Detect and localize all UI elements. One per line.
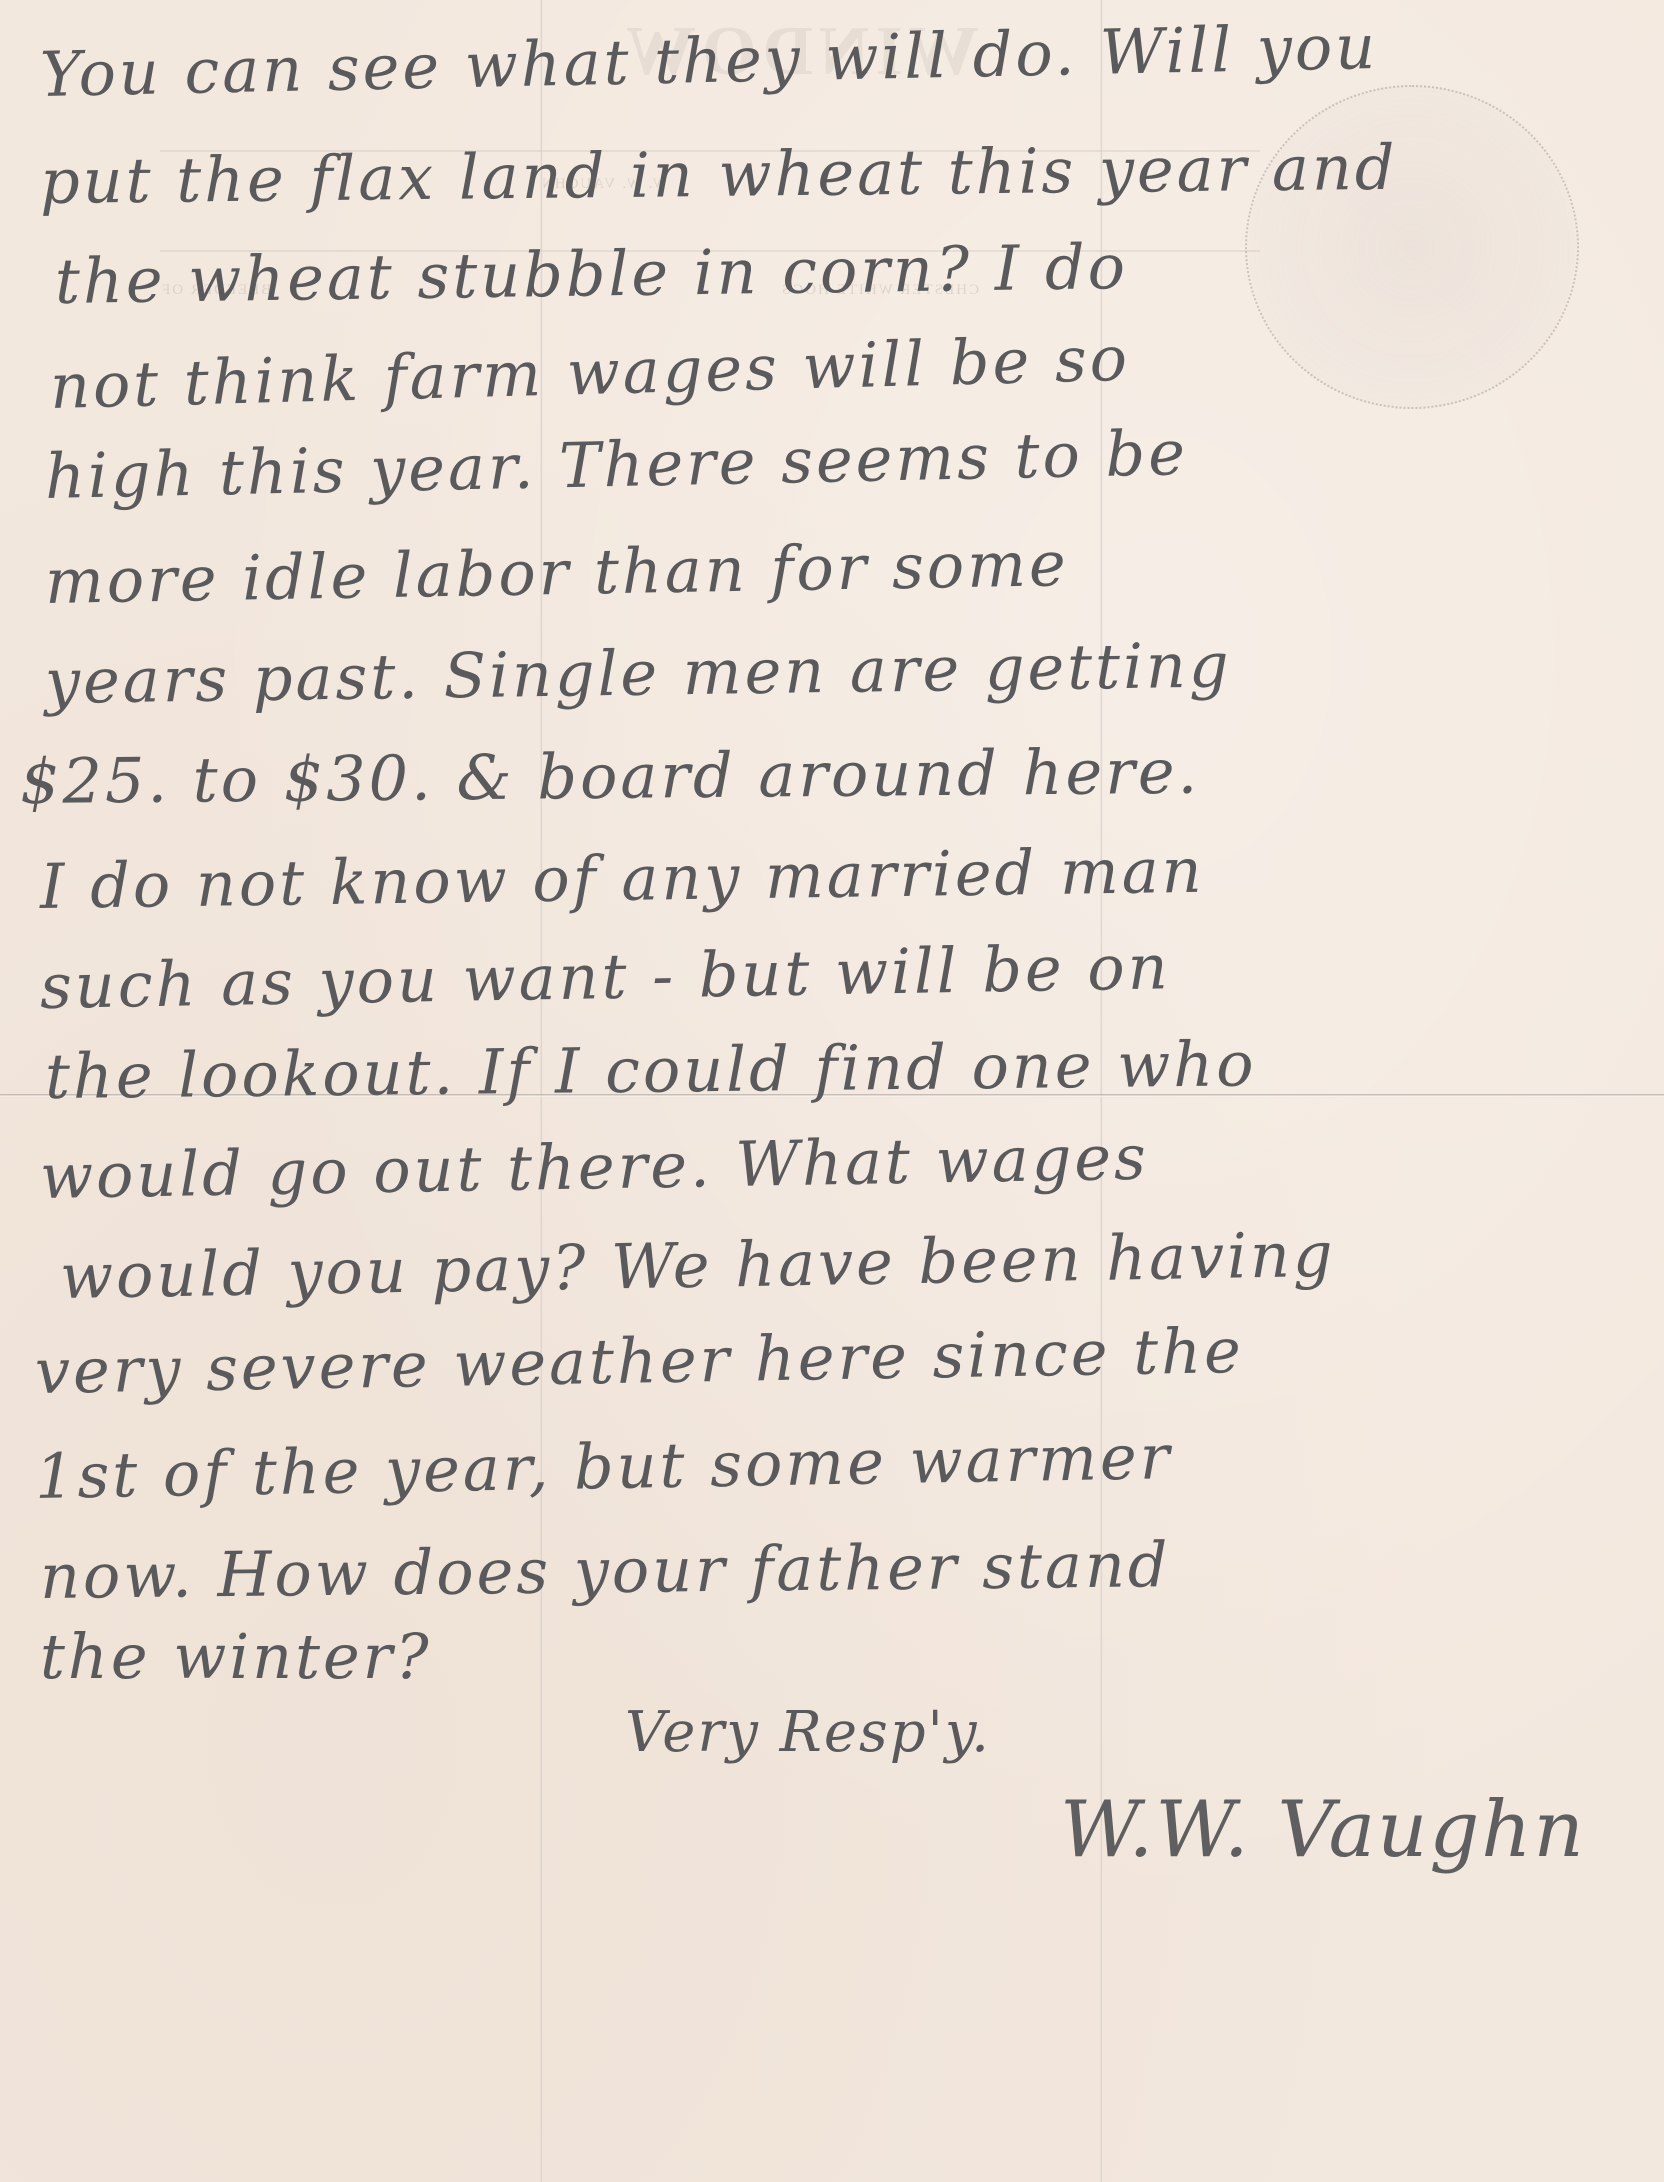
letter-closing: Very Resp'y. <box>625 1700 991 1765</box>
letter-body: You can see what they will do. Will you … <box>0 0 1664 2182</box>
letter-line: put the flax land in wheat this year and <box>40 131 1398 218</box>
letter-line: very severe weather here since the <box>34 1314 1244 1408</box>
letter-line: not think farm wages will be so <box>49 322 1131 423</box>
letter-line: would go out there. What wages <box>39 1121 1149 1213</box>
letter-line: 1st of the year, but some warmer <box>34 1420 1173 1513</box>
letter-page: WINDOW W. W. VAUGHN BREEDER OF CHESTER W… <box>0 0 1664 2182</box>
letter-line: the lookout. If I could find one who <box>45 1027 1257 1113</box>
letter-signature: W.W. Vaughn <box>1060 1785 1586 1875</box>
letter-line: years past. Single men are getting <box>44 628 1231 718</box>
letter-line: would you pay? We have been having <box>59 1218 1336 1313</box>
letter-line: $25. to $30. & board around here. <box>20 735 1201 818</box>
letter-line: the winter? <box>40 1620 432 1693</box>
letter-line: high this year. There seems to be <box>44 416 1188 513</box>
letter-line: the wheat stubble in corn? I do <box>54 230 1128 318</box>
letter-line: more idle labor than for some <box>44 527 1069 618</box>
letter-line: You can see what they will do. Will you <box>39 10 1379 111</box>
letter-line: now. How does your father stand <box>40 1528 1171 1613</box>
letter-line: I do not know of any married man <box>39 834 1205 923</box>
letter-line: such as you want - but will be on <box>39 930 1171 1023</box>
